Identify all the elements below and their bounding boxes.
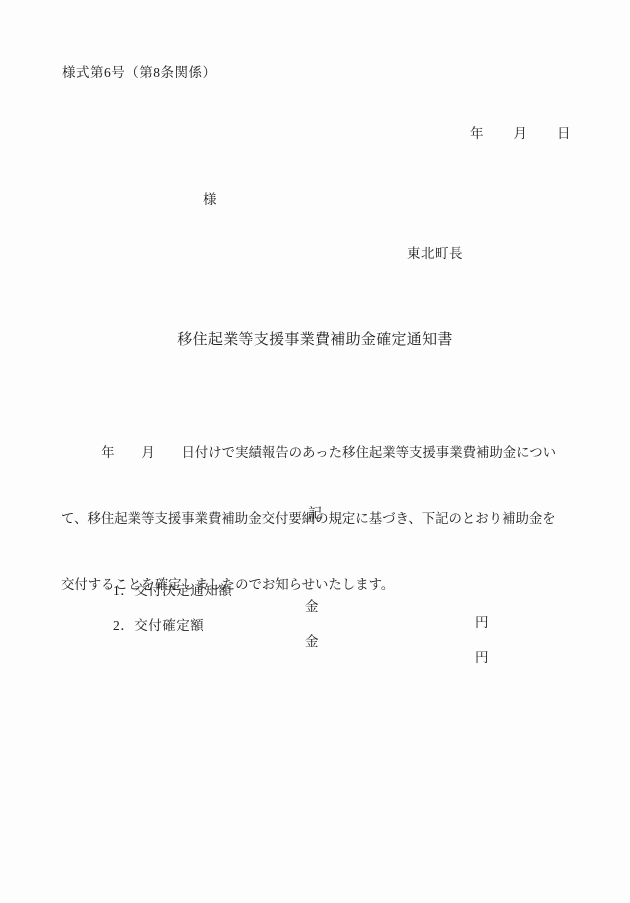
document-page: 様式第6号（第8条関係） 年 月 日 様 東北町長 移住起業等支援事業費補助金確… <box>0 0 630 903</box>
addressee-honorific: 様 <box>203 188 217 208</box>
item-row-decision-amount: 1．交付決定通知額 金 円 <box>0 563 630 583</box>
item-row-confirmed-amount: 2．交付確定額 金 円 <box>0 598 630 618</box>
item-label-decision-amount: 1．交付決定通知額 <box>113 579 232 599</box>
form-number: 様式第6号（第8条関係） <box>62 61 217 81</box>
document-title: 移住起業等支援事業費補助金確定通知書 <box>0 328 630 349</box>
amount-prefix-kin: 金 <box>305 630 319 650</box>
amount-suffix-yen: 円 <box>475 646 489 666</box>
body-line-1: 年 月 日付けで実績報告のあった移住起業等支援事業費補助金につい <box>61 442 581 464</box>
ki-marker: 記 <box>0 503 630 523</box>
date-line: 年 月 日 <box>470 122 572 142</box>
sender-title: 東北町長 <box>407 242 463 262</box>
item-label-confirmed-amount: 2．交付確定額 <box>113 614 204 634</box>
